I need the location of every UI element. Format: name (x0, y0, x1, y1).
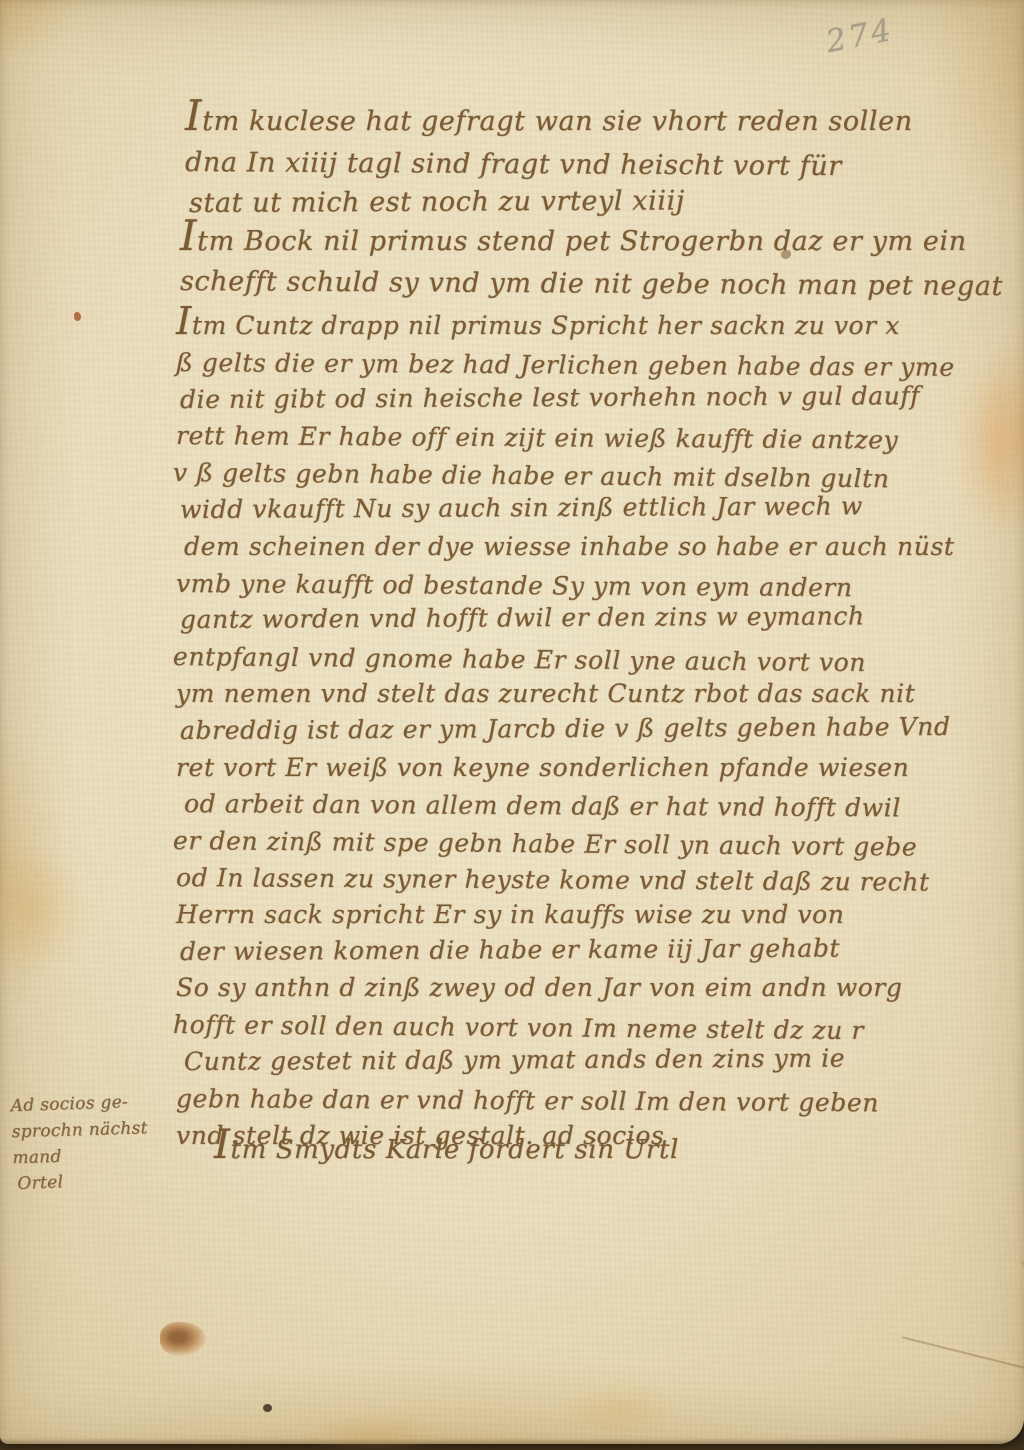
manuscript-line: abreddig ist daz er ym Jarcb die v ß gel… (180, 709, 955, 750)
manuscript-line: Itm Cuntz drapp nil primus Spricht her s… (176, 304, 955, 345)
stain-left-edge (0, 840, 90, 980)
manuscript-line: od arbeit dan von allem dem daß er hat v… (184, 786, 955, 828)
manuscript-line: So sy anthn d zinß zwey od den Jar von e… (176, 970, 955, 1007)
manuscript-page: 274 Itm kuclese hat gefragt wan sie vhor… (0, 0, 1024, 1444)
manuscript-line: rett hem Er habe off ein zijt ein wieß k… (176, 418, 955, 460)
paragraph-block-3: Itm Cuntz drapp nil primus Spricht her s… (176, 304, 955, 1154)
stain-bottom-center (560, 1380, 680, 1440)
manuscript-line: Herrn sack spricht Er sy in kauffs wise … (176, 897, 955, 934)
manuscript-line: od In lassen zu syner heyste kome vnd st… (176, 860, 955, 902)
manuscript-line: gebn habe dan er vnd hofft er soll Im de… (176, 1081, 955, 1123)
crease-line (902, 1336, 1024, 1369)
paragraph-block-2: Itm Bock nil primus stend pet Strogerbn … (180, 216, 1003, 302)
manuscript-line: gantz worden vnd hofft dwil er den zins … (180, 598, 955, 639)
folio-number: 274 (823, 12, 897, 60)
manuscript-line: schefft schuld sy vnd ym die nit gebe no… (180, 262, 1003, 307)
paragraph-block-1: Itm kuclese hat gefragt wan sie vhort re… (185, 95, 913, 224)
manuscript-line: ret vort Er weiß von keyne sonderlichen … (176, 750, 955, 787)
marginal-note: Ad socios ge-sprochn nächst mandOrtel (10, 1087, 199, 1197)
manuscript-line: die nit gibt od sin heische lest vorhehn… (180, 378, 955, 419)
stain-dark-speck (263, 1404, 272, 1412)
paragraph-block-4: Itm Smydts Karle fordert sin Urtl (214, 1126, 679, 1169)
page-bottom-edge (0, 1438, 1024, 1450)
manuscript-line: Itm Smydts Karle fordert sin Urtl (214, 1126, 679, 1169)
manuscript-line: sprochn nächst mand (11, 1114, 197, 1171)
stain-right-edge (952, 350, 1024, 540)
manuscript-line: entpfangl vnd gnome habe Er soll yne auc… (173, 639, 955, 683)
manuscript-line: dem scheinen der dye wiesse inhabe so ha… (184, 529, 955, 566)
manuscript-line: Cuntz gestet nit daß ym ymat ands den zi… (184, 1040, 955, 1081)
stain-red-speck (74, 312, 81, 321)
manuscript-line: der wiesen komen die habe er kame iij Ja… (180, 929, 955, 970)
manuscript-line: widd vkaufft Nu sy auch sin zinß ettlich… (180, 488, 955, 529)
stain-brown-blob (160, 1322, 206, 1356)
manuscript-line: Itm kuclese hat gefragt wan sie vhort re… (185, 95, 913, 142)
stain-bottom-left (300, 1415, 450, 1450)
manuscript-line: Itm Bock nil primus stend pet Strogerbn … (180, 216, 1003, 262)
